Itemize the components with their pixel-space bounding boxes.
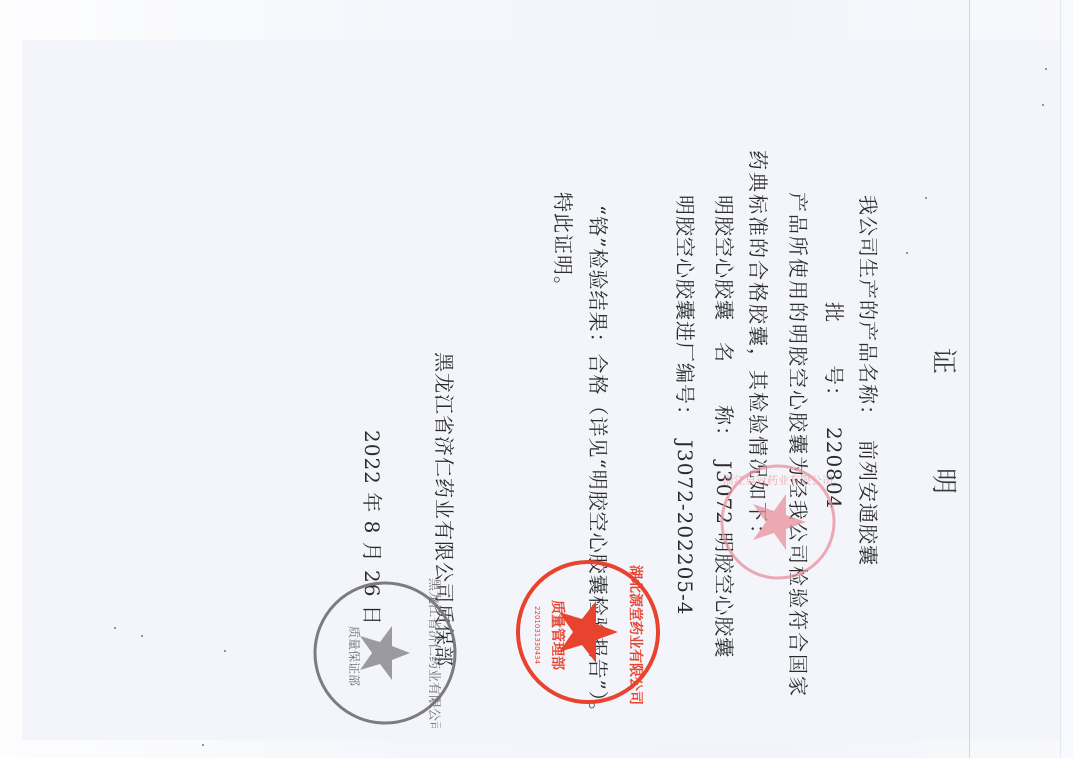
supplier-stamp-faded: 浙江皇冠药业有限公司 xyxy=(718,462,838,582)
line-product-name: 我公司生产的产品名称：前列安通胶囊 xyxy=(858,195,878,566)
scan-edge-line xyxy=(969,0,970,758)
stamp-gray-outer-text: 黑龙江省济仁药业有限公司 xyxy=(426,578,442,728)
capsule-name-label: 明胶空心胶囊 名 称： xyxy=(712,195,736,447)
stamp-red-inner-text: 质量管理部 xyxy=(549,600,566,670)
scan-speck xyxy=(114,627,116,629)
capsule-lot-label: 明胶空心胶囊进厂编号： xyxy=(673,195,697,426)
statement-line-1: 产品所使用的明胶空心胶囊为经我公司检验符合国家 xyxy=(786,192,810,698)
scan-speck xyxy=(202,744,204,746)
scan-speck xyxy=(1045,68,1047,70)
line-capsule-lot: 明胶空心胶囊进厂编号：J3072-202205-4 xyxy=(675,195,695,616)
scan-speck xyxy=(1042,104,1044,106)
product-name-label: 我公司生产的产品名称： xyxy=(856,195,880,426)
scan-edge-line-right xyxy=(1060,0,1061,758)
product-name-value: 前列安通胶囊 xyxy=(856,440,880,566)
batch-label: 批 号： xyxy=(822,302,846,407)
scan-speck xyxy=(224,650,226,652)
stamp-faded-graphic: 浙江皇冠药业有限公司 xyxy=(718,462,838,582)
capsule-lot-value: J3072-202205-4 xyxy=(673,440,697,616)
scan-speck xyxy=(906,252,908,254)
stamp-gray-inner-text: 质量保证部 xyxy=(347,626,362,686)
closing-text: 特此证明。 xyxy=(551,192,575,297)
line-statement-1: 产品所使用的明胶空心胶囊为经我公司检验符合国家 xyxy=(788,192,808,698)
stamp-gray-graphic: 黑龙江省济仁药业有限公司 质量保证部 xyxy=(310,578,460,728)
stamp-red-outer-text: 湖北源堂药业有限公司 xyxy=(627,565,644,705)
line-closing: 特此证明。 xyxy=(553,192,573,297)
title-char-1: 证 xyxy=(930,348,956,374)
supplier-stamp-red: 湖北源堂药业有限公司 质量管理部 2201031330434 xyxy=(513,557,663,707)
stamp-red-code: 2201031330434 xyxy=(533,606,541,664)
stamp-red-graphic: 湖北源堂药业有限公司 质量管理部 2201031330434 xyxy=(513,557,663,707)
stamp-faded-outer-text: 浙江皇冠药业有限公司 xyxy=(723,473,833,487)
line-capsule-name: 明胶空心胶囊 名 称：J3072 明胶空心胶囊 xyxy=(714,195,734,658)
company-stamp-gray: 黑龙江省济仁药业有限公司 质量保证部 xyxy=(310,578,460,728)
scan-speck xyxy=(141,635,143,637)
scan-speck xyxy=(925,197,927,199)
title-char-2: 明 xyxy=(930,468,956,494)
